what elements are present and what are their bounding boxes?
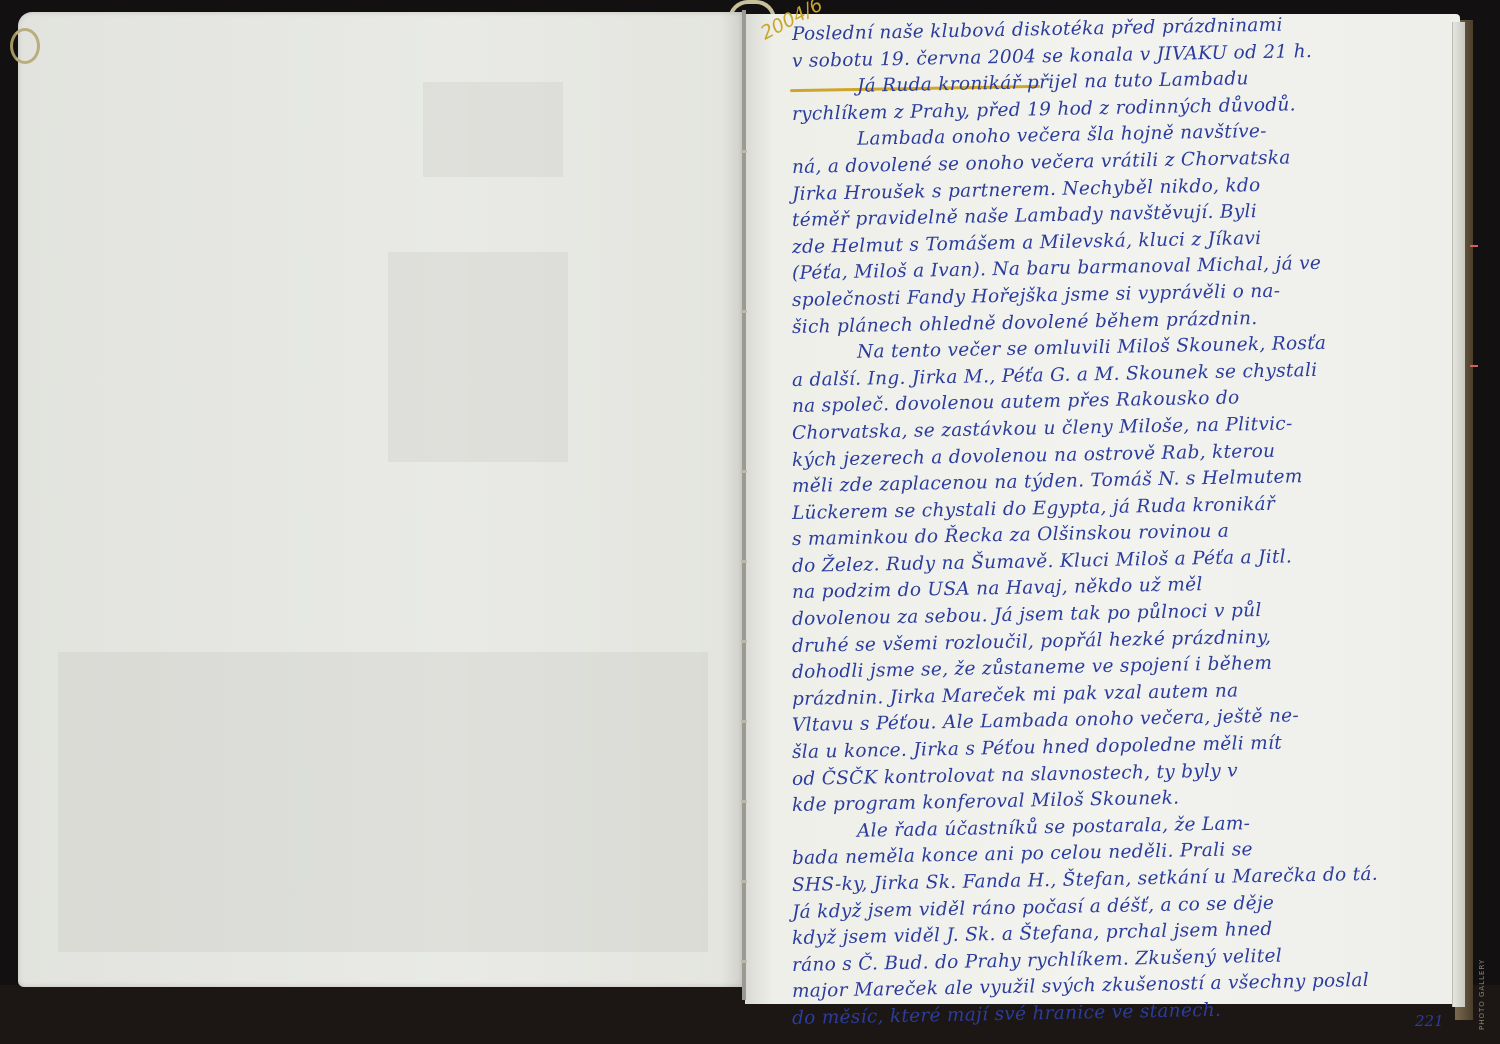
page-stack-edge xyxy=(1452,22,1465,1007)
show-through-photo xyxy=(423,82,563,177)
show-through-photo xyxy=(58,652,708,952)
page-number: 221 xyxy=(1415,1012,1444,1030)
left-page xyxy=(18,12,743,987)
spine-stitch xyxy=(741,880,747,883)
spine-stitch xyxy=(741,640,747,643)
margin-mark xyxy=(1470,365,1478,367)
spine-stitch xyxy=(741,960,747,963)
spine-stitch xyxy=(741,310,747,313)
handwritten-text: Poslední naše klubová diskotéka před prá… xyxy=(792,22,1452,1033)
spine-stitch xyxy=(741,720,747,723)
spine-stitch xyxy=(741,560,747,563)
notebook-spine xyxy=(742,10,746,1000)
spine-stitch xyxy=(741,470,747,473)
spine-stitch xyxy=(741,800,747,803)
show-through-text xyxy=(388,252,568,462)
watermark: PHOTO GALLERY xyxy=(1478,930,1490,1030)
binding-ring xyxy=(10,28,40,64)
spine-stitch xyxy=(741,150,747,153)
margin-mark xyxy=(1470,245,1478,247)
